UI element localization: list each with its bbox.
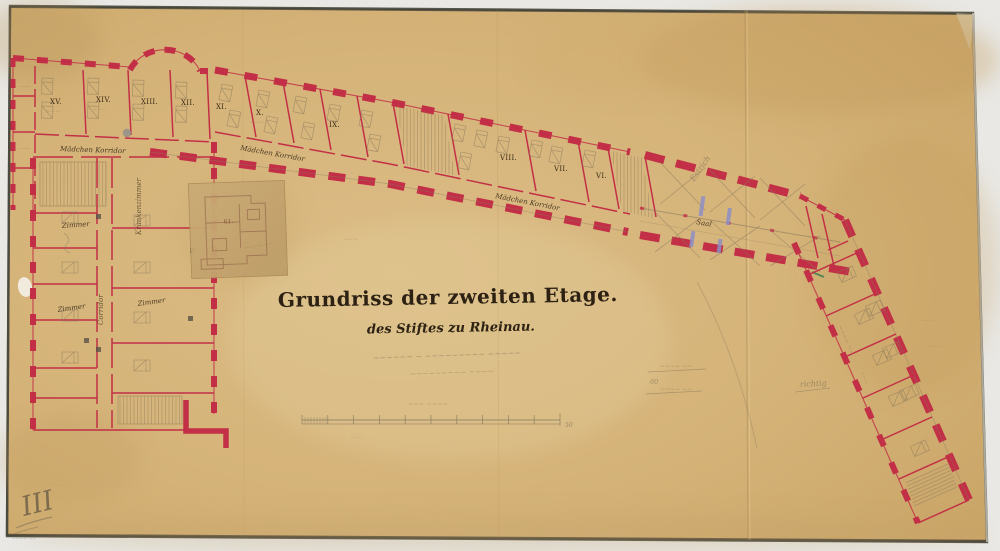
stove	[188, 316, 193, 321]
calc-note-bottom: ∼∼∼∼ ∼∼	[660, 386, 692, 393]
sickroom-label: Krankenzimmer	[135, 178, 143, 236]
archive-mark: ∼∼∼∼ ∼∼	[12, 537, 36, 542]
small-note: ∼∼∼	[344, 237, 358, 243]
tiny-room-label: ∼∼∼	[18, 84, 31, 90]
room-number: VI.	[595, 172, 607, 180]
stove	[96, 347, 101, 352]
staircase-topleft	[40, 162, 106, 206]
room-number: XIV.	[96, 96, 111, 104]
room-number: XV.	[50, 98, 62, 106]
column	[123, 129, 131, 137]
room-number: XIII.	[141, 98, 158, 106]
check-note: richtig	[800, 379, 827, 389]
room-note: ∼∼∼	[250, 120, 264, 126]
room-note: ∼∼∼	[92, 107, 106, 113]
room-number: X.	[256, 109, 264, 117]
inset-number: 61.	[224, 218, 234, 225]
staircase-bottom	[118, 396, 182, 424]
room-number: XII.	[181, 99, 195, 107]
room-number: VII.	[553, 165, 568, 173]
corridor-vertical-label: Corridor	[97, 294, 105, 325]
stove	[96, 214, 101, 219]
scanned-floor-plan: ∼∼∼ ∼∼∼ Corr	[0, 0, 1000, 551]
room-number: IX.	[329, 121, 340, 129]
calc-number: 60	[650, 378, 658, 386]
tiny-room-label: ∼∼∼	[18, 146, 31, 152]
margin-note: ∼∼∼	[920, 318, 934, 324]
margin-note: ∼∼∼	[928, 344, 942, 350]
scale-caption: ∼∼∼ ∼∼∼∼	[408, 400, 448, 408]
room-number: VIII.	[499, 154, 517, 162]
calc-note-top: ∼∼∼∼ ∼∼	[660, 363, 692, 370]
stove	[84, 338, 89, 343]
room-note: ∼∼∼	[46, 109, 60, 115]
scan-background	[0, 0, 1000, 551]
scale-end-value: 50	[565, 422, 573, 429]
plan-subtitle: des Stiftes zu Rheinau.	[367, 320, 535, 338]
inset-sketch: 61. ∼∼∼∼ ∼∼	[188, 180, 287, 278]
scale-note: ∼∼∼	[350, 435, 363, 441]
room-number: XI.	[216, 103, 227, 111]
